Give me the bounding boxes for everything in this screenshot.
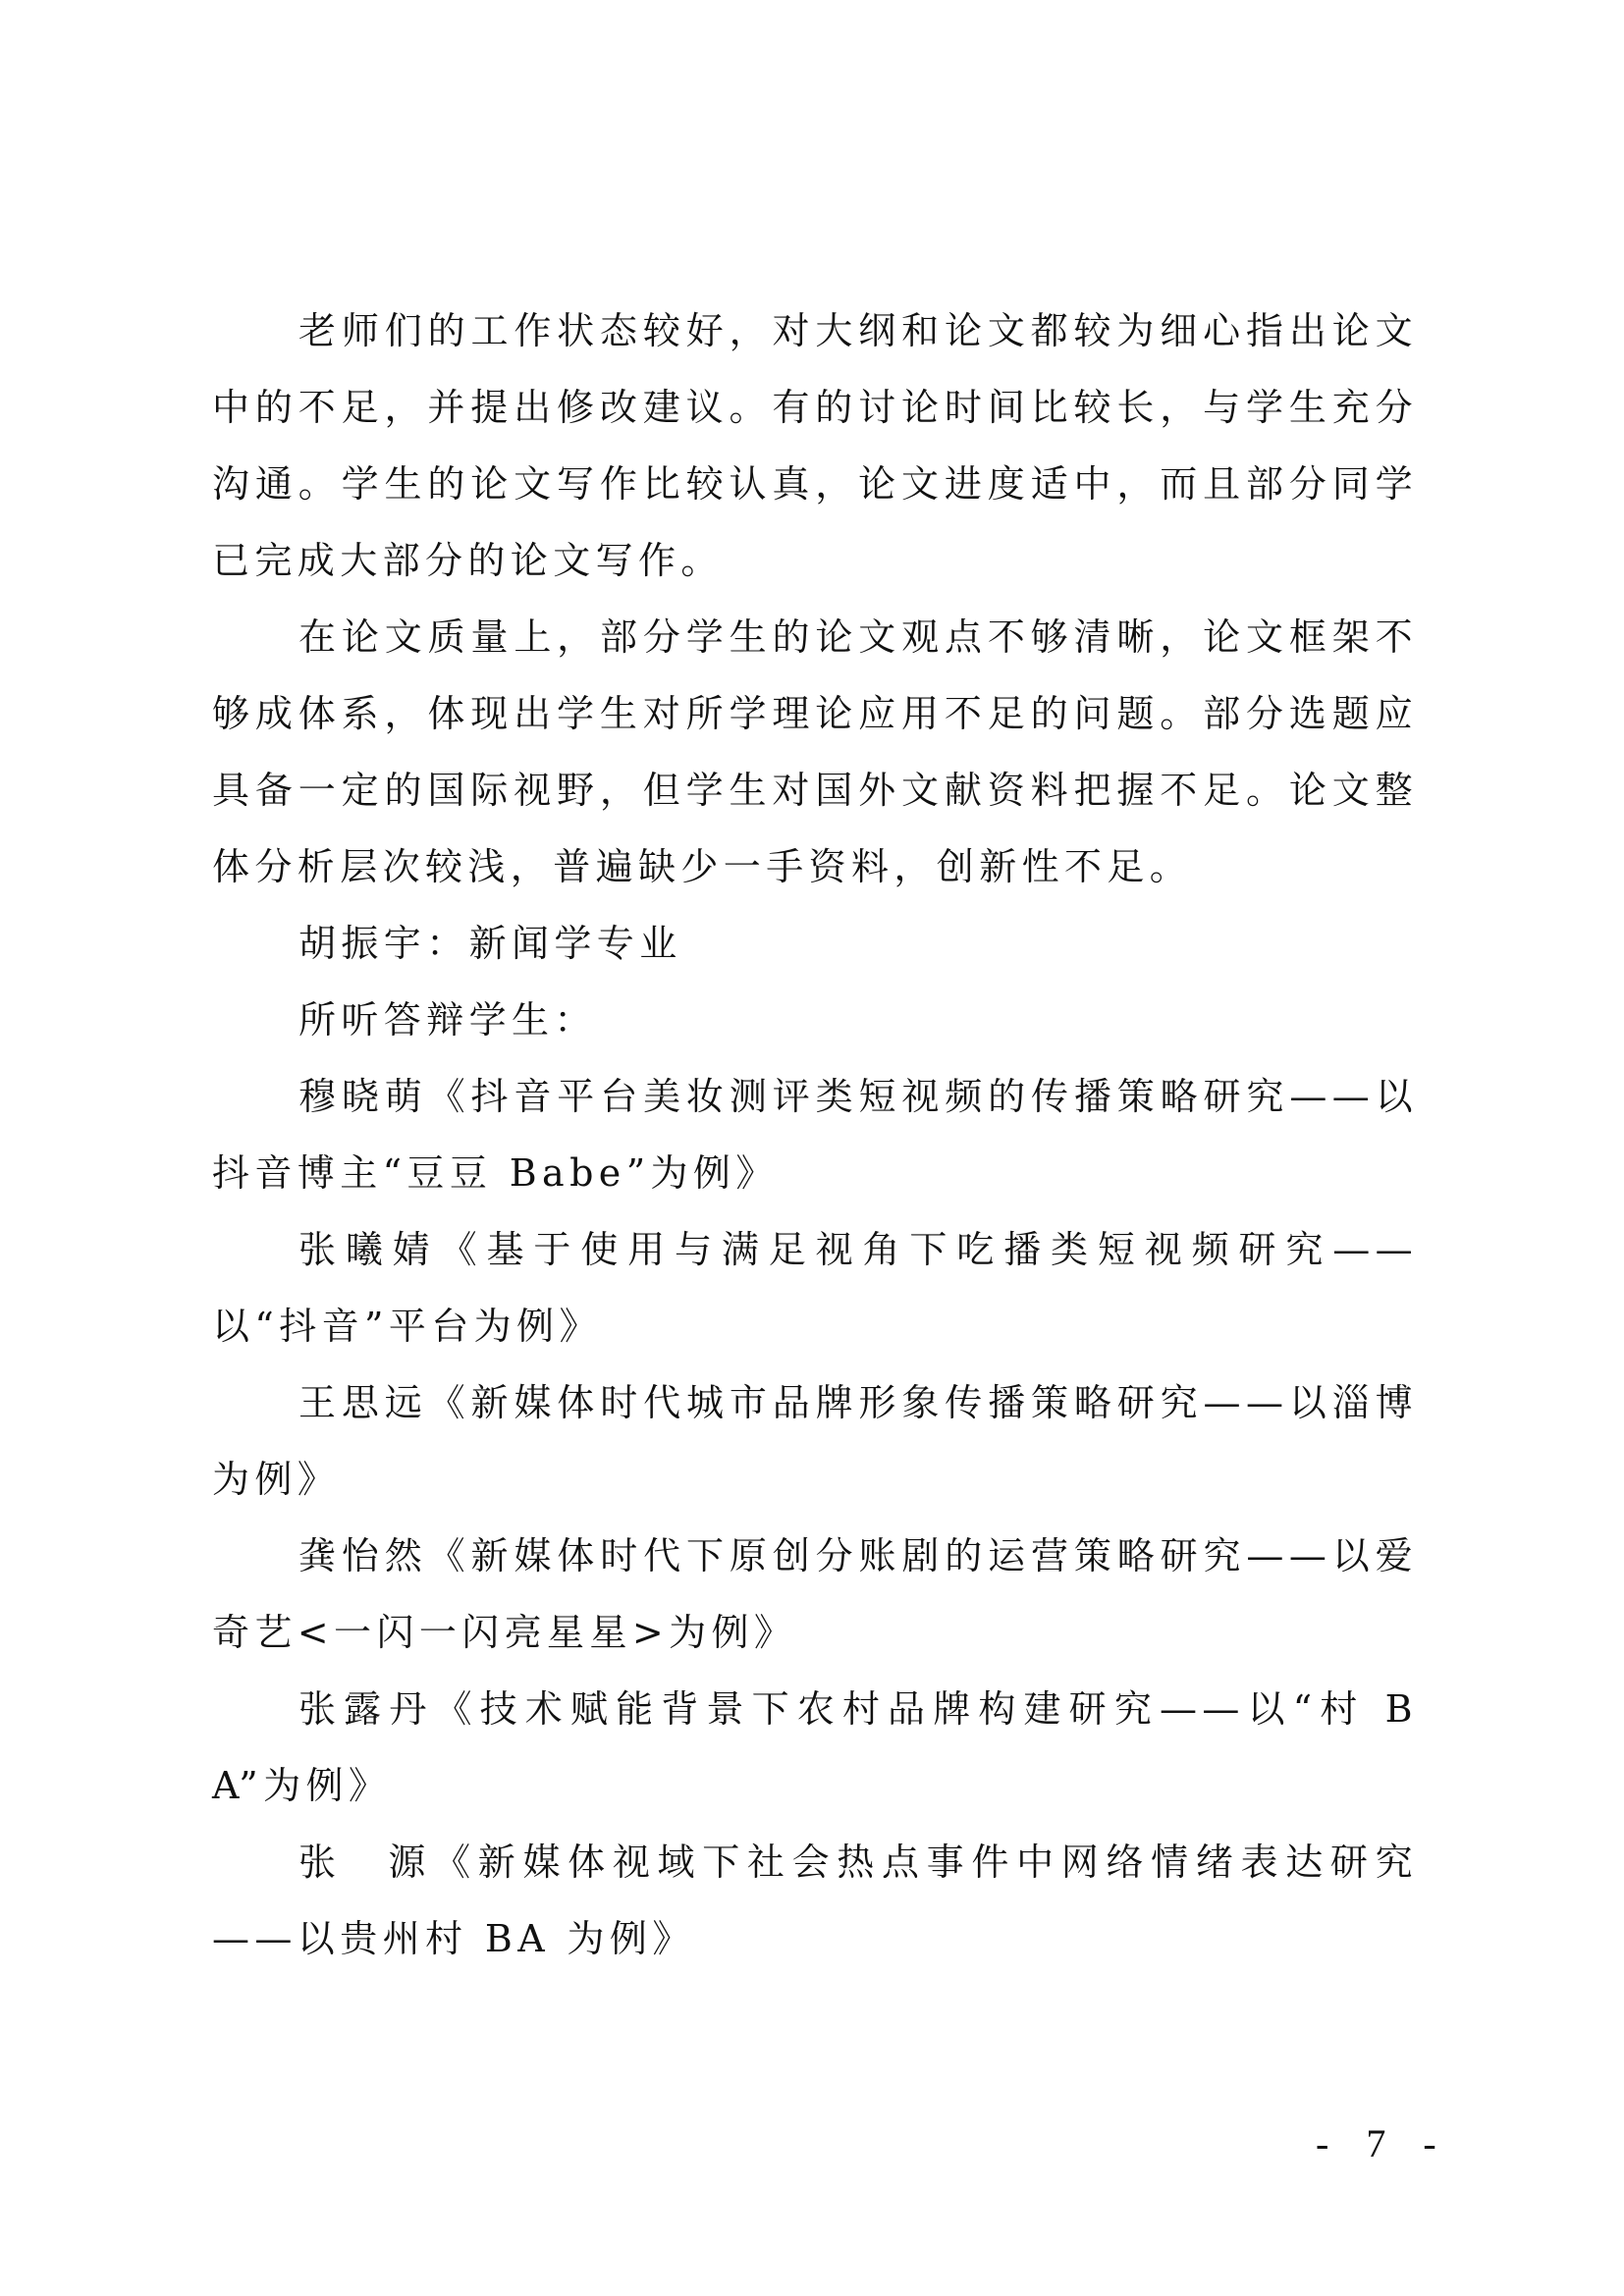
student-entry: 张 源《新媒体视域下社会热点事件中网络情绪表达研究——以贵州村 BA 为例》 <box>212 1824 1418 1977</box>
student-name: 张露丹 <box>298 1687 434 1731</box>
document-body: 老师们的工作状态较好，对大纲和论文都较为细心指出论文中的不足，并提出修改建议。有… <box>212 293 1418 1977</box>
paragraph-teacher-status: 老师们的工作状态较好，对大纲和论文都较为细心指出论文中的不足，并提出修改建议。有… <box>212 293 1418 599</box>
student-entry: 张曦婧《基于使用与满足视角下吃播类短视频研究——以“抖音”平台为例》 <box>212 1211 1418 1364</box>
student-name: 张 源 <box>298 1841 433 1884</box>
student-entry: 王思远《新媒体时代城市品牌形象传播策略研究——以淄博为例》 <box>212 1364 1418 1518</box>
student-entry: 穆晓萌《抖音平台美妆测评类短视频的传播策略研究——以抖音博主“豆豆 Babe”为… <box>212 1058 1418 1211</box>
student-name: 穆晓萌 <box>298 1075 428 1118</box>
student-name: 龚怡然 <box>298 1534 428 1577</box>
students-heading: 所听答辩学生： <box>212 982 1418 1058</box>
page-number: - 7 - <box>1316 2120 1450 2166</box>
student-entry: 龚怡然《新媒体时代下原创分账剧的运营策略研究——以爱奇艺<一闪一闪亮星星>为例》 <box>212 1518 1418 1671</box>
student-entry: 张露丹《技术赋能背景下农村品牌构建研究——以“村 BA”为例》 <box>212 1671 1418 1824</box>
reviewer-line: 胡振宇：新闻学专业 <box>212 905 1418 982</box>
paragraph-thesis-quality: 在论文质量上，部分学生的论文观点不够清晰，论文框架不够成体系，体现出学生对所学理… <box>212 599 1418 905</box>
student-name: 张曦婧 <box>298 1228 440 1271</box>
student-name: 王思远 <box>298 1381 428 1424</box>
